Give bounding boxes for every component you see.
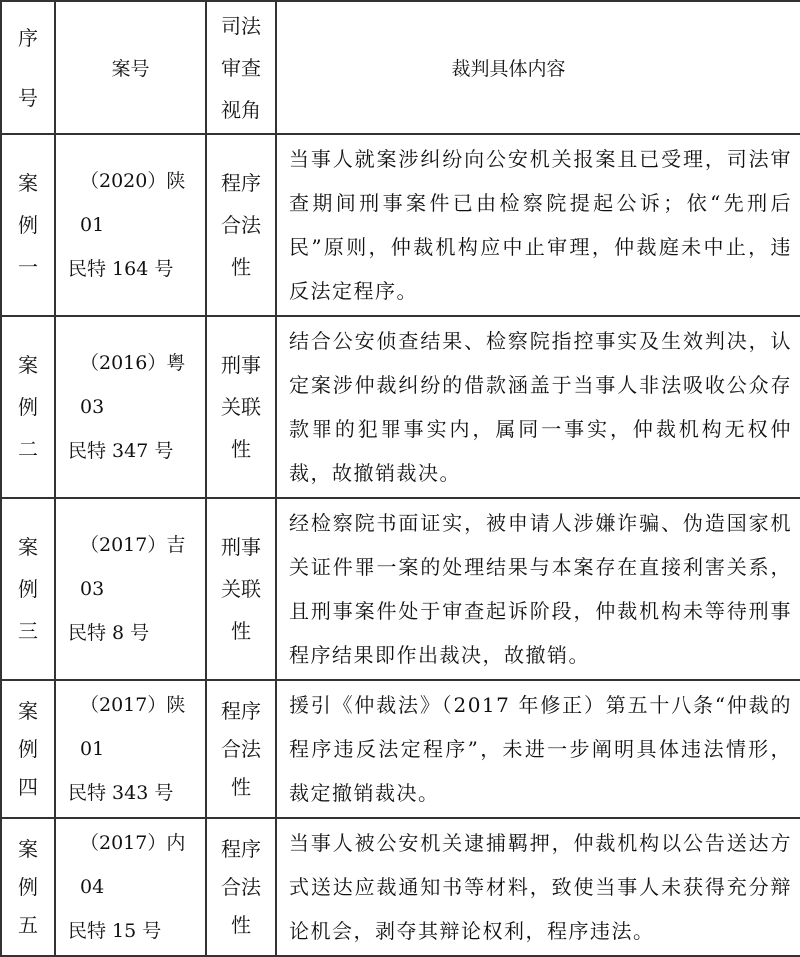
row-index: 案 例 三 — [1, 498, 55, 680]
header-row: 序 号 案号 司法 审查 视角 裁判具体内容 — [1, 1, 800, 134]
row-index: 案 例 一 — [1, 134, 55, 316]
table-row: 案 例 四 （2017）陕 01 民特 343 号 程序 合法 性 援引《仲裁法… — [1, 680, 800, 818]
row-content: 当事人被公安机关逮捕羁押，仲裁机构以公告送达方式送达应裁通知书等材料，致使当事人… — [276, 818, 800, 929]
row-perspective: 程序 合法 性 — [206, 818, 276, 929]
header-index: 序 号 — [1, 1, 55, 134]
row-content: 当事人就案涉纠纷向公安机关报案且已受理，司法审查期间刑事案件已由检察院提起公诉；… — [276, 134, 800, 316]
header-content: 裁判具体内容 — [276, 1, 800, 134]
row-case-no: （2017）内 04 民特 15 号 — [55, 818, 206, 929]
row-case-no: （2017）吉 03 民特 8 号 — [55, 498, 206, 680]
header-case-no: 案号 — [55, 1, 206, 134]
row-index: 案 例 五 — [1, 818, 55, 929]
row-index: 案 例 二 — [1, 316, 55, 498]
row-case-no: （2016）粤 03 民特 347 号 — [55, 316, 206, 498]
row-content: 经检察院书面证实，被申请人涉嫌诈骗、伪造国家机关证件罪一案的处理结果与本案存在直… — [276, 498, 800, 680]
row-perspective: 程序 合法 性 — [206, 680, 276, 818]
row-content: 结合公安侦查结果、检察院指控事实及生效判决，认定案涉仲裁纠纷的借款涵盖于当事人非… — [276, 316, 800, 498]
row-case-no: （2017）陕 01 民特 343 号 — [55, 680, 206, 818]
row-perspective: 刑事 关联 性 — [206, 498, 276, 680]
row-perspective: 程序 合法 性 — [206, 134, 276, 316]
row-index: 案 例 四 — [1, 680, 55, 818]
row-content: 援引《仲裁法》（2017 年修正）第五十八条“仲裁的程序违反法定程序”，未进一步… — [276, 680, 800, 818]
case-table: 序 号 案号 司法 审查 视角 裁判具体内容 案 例 一 （2020）陕 01 … — [0, 0, 800, 929]
row-case-no: （2020）陕 01 民特 164 号 — [55, 134, 206, 316]
row-perspective: 刑事 关联 性 — [206, 316, 276, 498]
table-row: 案 例 三 （2017）吉 03 民特 8 号 刑事 关联 性 经检察院书面证实… — [1, 498, 800, 680]
table-row: 案 例 一 （2020）陕 01 民特 164 号 程序 合法 性 当事人就案涉… — [1, 134, 800, 316]
header-perspective: 司法 审查 视角 — [206, 1, 276, 134]
table-row: 案 例 五 （2017）内 04 民特 15 号 程序 合法 性 当事人被公安机… — [1, 818, 800, 929]
table-row: 案 例 二 （2016）粤 03 民特 347 号 刑事 关联 性 结合公安侦查… — [1, 316, 800, 498]
